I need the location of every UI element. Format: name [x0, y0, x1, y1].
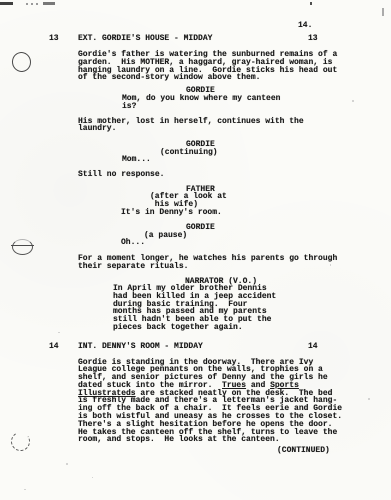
dialogue-line: In April my older brother Dennis had bee…: [113, 285, 276, 332]
action-paragraph: Gordie's father is watering the sunburne…: [78, 51, 337, 82]
scene-14-heading: INT. DENNY'S ROOM - MIDDAY: [78, 343, 203, 351]
speck: [92, 477, 93, 478]
scan-mark-dash: [43, 2, 55, 5]
scan-mark-dot: [31, 3, 33, 5]
scan-mark-dash: [0, 2, 13, 5]
scene-14-number-right: 14: [308, 343, 318, 351]
speck: [352, 100, 354, 102]
continued-label: (CONTINUED): [277, 447, 330, 455]
dialogue-line: Mom, do you know where my canteen is?: [122, 95, 280, 111]
scene-14-number-left: 14: [49, 343, 59, 351]
scene-13-heading: EXT. GORDIE'S HOUSE - MIDDAY: [78, 35, 212, 43]
character-name: GORDIE: [186, 224, 215, 232]
script-page: 14. 13 EXT. GORDIE'S HOUSE - MIDDAY 13 G…: [0, 0, 391, 500]
parenthetical: (continuing): [160, 149, 218, 157]
hole-punch-top-icon: [11, 51, 33, 73]
scan-mark-dot: [310, 2, 312, 5]
speck: [24, 489, 26, 490]
action-paragraph: Gordie is standing in the doorway. There…: [78, 359, 342, 445]
action-paragraph: Still no response.: [78, 171, 164, 179]
scene-13-number-left: 13: [49, 35, 59, 43]
parenthetical: (a pause): [144, 232, 187, 240]
speck: [66, 463, 68, 465]
dialogue-line: It's in Denny's room.: [121, 209, 222, 217]
scan-mark-dot: [36, 3, 38, 5]
action-paragraph: His mother, lost in herself, continues w…: [78, 118, 304, 134]
hole-punch-chord: [11, 245, 34, 246]
speck: [368, 398, 370, 400]
page-number: 14.: [298, 22, 312, 30]
scan-mark-dot: [26, 3, 28, 5]
speck: [58, 332, 60, 333]
parenthetical: (after a look at his wife): [150, 193, 227, 209]
dialogue-line: Mom...: [122, 156, 151, 164]
action-paragraph: For a moment longer, he watches his pare…: [78, 255, 337, 271]
dialogue-line: Oh...: [121, 239, 145, 247]
hole-punch-bottom-icon: [9, 430, 32, 453]
action-text: are stacked neatly on the desk. The bed …: [78, 389, 342, 445]
hole-punch-middle-icon: [12, 239, 33, 255]
scene-13-number-right: 13: [308, 35, 318, 43]
scan-mark-tick: [382, 8, 384, 16]
